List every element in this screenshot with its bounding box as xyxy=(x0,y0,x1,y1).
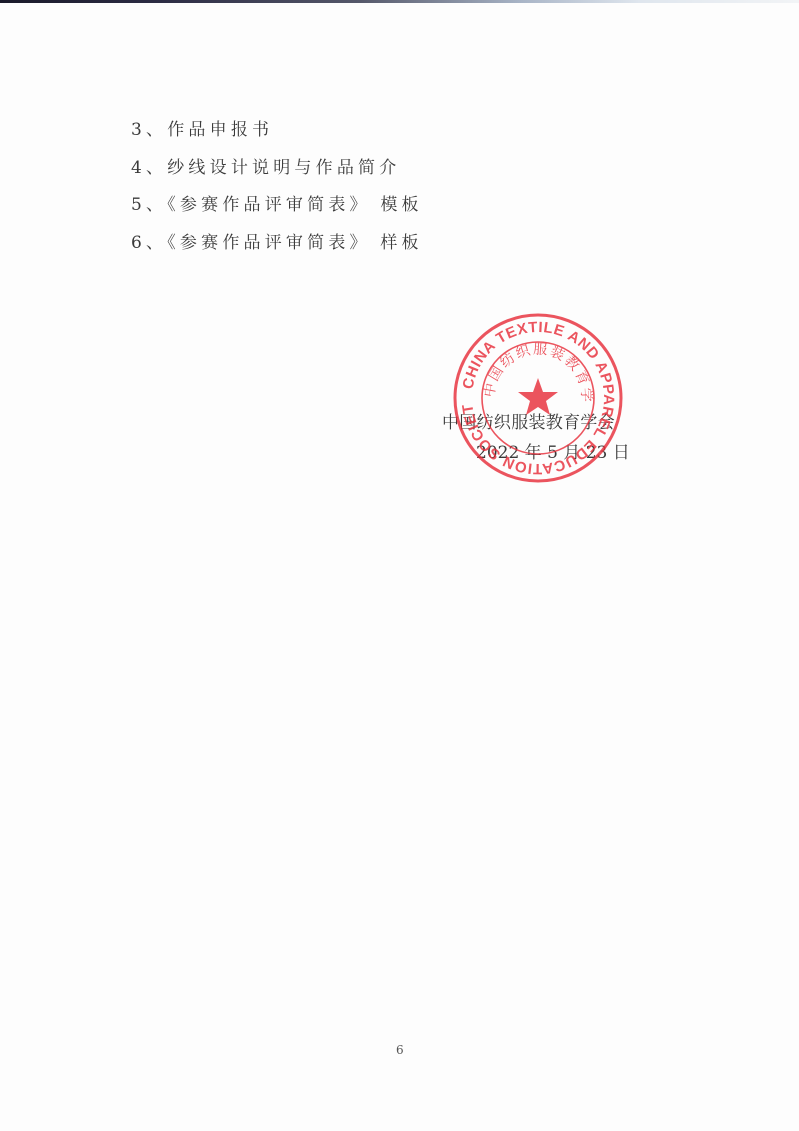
page-number: 6 xyxy=(396,1043,404,1057)
attachment-item: 4、纱线设计说明与作品简介 xyxy=(131,150,423,188)
attachment-item: 5、《参赛作品评审简表》 模板 xyxy=(131,187,423,225)
scan-edge xyxy=(0,0,799,3)
star-icon xyxy=(518,378,558,415)
official-seal: CHINA TEXTILE AND APPAREL EDUCATION SOCI… xyxy=(452,312,624,484)
attachment-item: 6、《参赛作品评审简表》 样板 xyxy=(131,225,423,263)
attachment-list: 3、作品申报书 4、纱线设计说明与作品简介 5、《参赛作品评审简表》 模板 6、… xyxy=(131,112,423,262)
attachment-item: 3、作品申报书 xyxy=(131,112,423,150)
